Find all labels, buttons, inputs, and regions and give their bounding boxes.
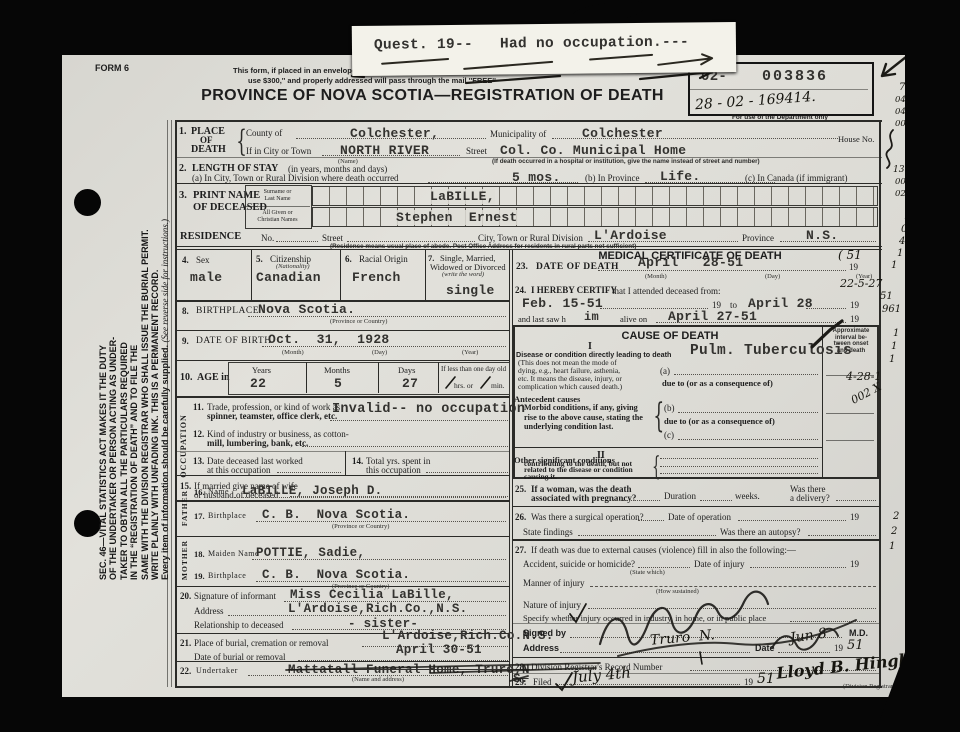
father-birth-value: C. B. Nova Scotia. bbox=[262, 508, 410, 522]
margin-note: 2 bbox=[893, 511, 899, 522]
sex-label: Sex bbox=[196, 255, 210, 265]
statute-line: SEC. 46—VITAL STATISTICS ACT MAKES IT TH… bbox=[98, 160, 108, 580]
surgery-autopsy: Was there an autopsy? bbox=[720, 527, 801, 537]
informant-address-value: L'Ardoise,Rich.Co.,N.S. bbox=[288, 602, 467, 616]
residence-sub: (Residence means usual place of abode. P… bbox=[330, 243, 636, 250]
dod-sub-day: (Day) bbox=[765, 273, 780, 280]
certify-from-value: Feb. 15-51 bbox=[522, 296, 603, 311]
age-years-label: Years bbox=[252, 365, 271, 375]
cause-c-label: (c) bbox=[664, 430, 674, 440]
cause-title: CAUSE OF DEATH bbox=[560, 330, 780, 342]
citizenship-no: 5. bbox=[256, 254, 263, 264]
statute-line: WRITE PLAINLY WITH UNFADING INK. THIS IS… bbox=[150, 160, 160, 580]
father-birth-no: 17. bbox=[194, 511, 205, 521]
scan-border-left bbox=[0, 0, 62, 732]
citizenship-sub: (Nationality) bbox=[276, 263, 310, 270]
cause-lead-note-4: complication which caused death.) bbox=[518, 383, 622, 391]
residence-no-label: No. bbox=[261, 233, 274, 243]
birthplace-sub: (Province or Country) bbox=[330, 318, 387, 325]
interval-head-1: Approximate bbox=[825, 328, 877, 335]
cause-b-label: (b) bbox=[664, 403, 675, 413]
age-months-value: 5 bbox=[334, 376, 342, 391]
sex-no: 4. bbox=[182, 255, 189, 265]
burial-date-value: April 30-51 bbox=[396, 643, 482, 657]
external-injury-date: Date of injury bbox=[694, 559, 744, 569]
birthplace-value: Nova Scotia. bbox=[258, 302, 355, 317]
undertaker-no: 22. bbox=[180, 666, 191, 676]
certify-no: 24. bbox=[515, 285, 526, 295]
father-name-value: LaBILLE, Joseph D. bbox=[242, 484, 382, 498]
registrar-sub: (Division Registrar) bbox=[843, 683, 895, 690]
residence-city-value: L'Ardoise bbox=[594, 228, 667, 243]
marital-value: single bbox=[446, 283, 495, 298]
father-name-no: 16. bbox=[194, 487, 205, 497]
mother-name-label: Maiden Name bbox=[208, 549, 259, 558]
punch-hole bbox=[74, 189, 101, 216]
form-number-label: FORM 6 bbox=[95, 63, 129, 73]
preg-was2: a delivery? bbox=[790, 493, 830, 503]
statute-line: SAME WITH THE DIVISION REGISTRAR WHO SHA… bbox=[140, 160, 150, 580]
margin-note: 51 bbox=[880, 291, 893, 302]
filed-no: 29. bbox=[515, 677, 526, 687]
antecedent-note-2: rise to the above cause, stating the bbox=[524, 413, 643, 423]
surname-letter-grid bbox=[312, 186, 878, 206]
residence-province-label: Province bbox=[742, 233, 774, 243]
certify-him: im bbox=[584, 310, 599, 324]
dod-value: April 28-51 bbox=[638, 255, 743, 270]
certify-19b: 19 bbox=[850, 300, 859, 310]
age-years-value: 22 bbox=[250, 376, 266, 391]
preg-l2: associated with pregnancy? bbox=[531, 493, 636, 503]
dod-19: 19 bbox=[849, 262, 858, 272]
informant-no: 20. bbox=[180, 591, 191, 601]
residence-street-label: Street bbox=[322, 233, 343, 243]
certify-saw-value: April 27-51 bbox=[668, 309, 757, 324]
city-value: NORTH RIVER bbox=[340, 143, 429, 158]
cause-due-1: due to (or as a consequence of) bbox=[662, 378, 773, 388]
dob-sub-year: (Year) bbox=[462, 349, 478, 356]
occ-13-label-2: at this occupation bbox=[207, 465, 270, 475]
residence-province-value: N.S. bbox=[806, 228, 838, 243]
name-no: 3. bbox=[179, 190, 187, 201]
dept-number: 003836 bbox=[762, 68, 828, 85]
surgery-l1: Was there a surgical operation? bbox=[531, 512, 644, 522]
surgery-19: 19 bbox=[850, 512, 859, 522]
margin-note: 1 bbox=[897, 248, 903, 259]
signed-date-label: Date bbox=[755, 643, 775, 653]
certify-19c: 19 bbox=[850, 314, 859, 324]
place-no: 1. bbox=[179, 126, 187, 137]
punch-hole bbox=[74, 510, 101, 537]
burial-no: 21. bbox=[180, 638, 191, 648]
pasted-note-slip-face: Quest. 19-- Had no occupation.--- bbox=[352, 22, 737, 76]
municipality-label: Municipality of bbox=[490, 129, 546, 139]
margin-note: 13 bbox=[893, 165, 904, 175]
every-item-note: Every item of information should be care… bbox=[160, 345, 170, 580]
informant-value: Miss Cecilia LaBille, bbox=[290, 588, 454, 602]
margin-note: 1 bbox=[891, 341, 897, 352]
age-less-label: If less than one day old bbox=[441, 365, 506, 373]
certify-rest: that I attended deceased from: bbox=[612, 286, 720, 296]
municipality-value: Colchester bbox=[582, 126, 663, 141]
margin-note: 1 bbox=[889, 354, 895, 365]
mother-name-no: 18. bbox=[194, 549, 205, 559]
dob-value: Oct. 31, 1928 bbox=[268, 332, 390, 347]
certify-label: I HEREBY CERTIFY bbox=[531, 285, 617, 295]
certify-to-value: April 28 bbox=[748, 296, 813, 311]
cause-due-2: due to (or as a consequence of) bbox=[664, 416, 775, 426]
informant-label: Signature of informant bbox=[194, 591, 276, 601]
age-label: AGE in bbox=[197, 372, 230, 383]
filed-label: Filed bbox=[533, 677, 552, 687]
age-days-label: Days bbox=[398, 365, 415, 375]
stay-b-label: (b) In Province bbox=[585, 173, 639, 183]
informant-relation-label: Relationship to deceased bbox=[194, 620, 283, 630]
occ-14-no: 14. bbox=[352, 456, 363, 466]
racial-no: 6. bbox=[345, 254, 352, 264]
scan-border-right bbox=[905, 0, 960, 732]
stay-a-value: 5 mos. bbox=[512, 170, 561, 185]
page-title: PROVINCE OF NOVA SCOTIA—REGISTRATION OF … bbox=[200, 87, 665, 105]
signed-address-label: Address bbox=[523, 643, 559, 653]
margin-note: 961 bbox=[882, 304, 901, 315]
signed-19: 19 bbox=[834, 643, 843, 653]
external-no: 27. bbox=[515, 545, 526, 555]
dob-sub-month: (Month) bbox=[282, 349, 304, 356]
margin-note: 1 bbox=[889, 541, 895, 552]
county-value: Colchester, bbox=[350, 126, 439, 141]
mother-birth-label: Birthplace bbox=[208, 571, 246, 580]
undertaker-value: Mattatall Funeral Home, Truro,N bbox=[288, 663, 530, 677]
scan-border-bottom bbox=[0, 697, 960, 732]
signed-year-hand: 51 bbox=[847, 638, 864, 653]
burial-label: Place of burial, cremation or removal bbox=[194, 638, 328, 648]
certify-saw-label: and last saw h bbox=[518, 314, 566, 324]
occupation-side-label: OCCUPATION bbox=[179, 398, 190, 494]
sidebar-statute-text: SEC. 46—VITAL STATISTICS ACT MAKES IT TH… bbox=[98, 160, 174, 580]
preg-no: 25. bbox=[515, 484, 526, 494]
other-note-3: causing it. bbox=[524, 474, 633, 480]
citizenship-value: Canadian bbox=[256, 270, 321, 285]
street-sub: (If death occurred in a hospital or inst… bbox=[492, 158, 760, 165]
city-label: If in City or Town bbox=[246, 146, 311, 156]
see-reverse-note: (See reverse side for instructions.) bbox=[160, 219, 170, 342]
occ-11-label-2: spinner, teamster, office clerk, etc. bbox=[207, 411, 337, 421]
dod-hand-year: ( 51 bbox=[838, 248, 862, 262]
house-no-label: House No. bbox=[838, 134, 874, 144]
age-days-value: 27 bbox=[402, 376, 418, 391]
external-accident: Accident, suicide or homicide? bbox=[523, 559, 635, 569]
filed-year-hand: 51 bbox=[757, 671, 775, 687]
mother-birth-value: C. B. Nova Scotia. bbox=[262, 568, 410, 582]
antecedent-note-1: Morbid conditions, if any, giving bbox=[524, 403, 643, 413]
birthplace-label: BIRTHPLACE bbox=[196, 306, 259, 316]
dob-sub-day: (Day) bbox=[372, 349, 387, 356]
age-no: 10. bbox=[180, 372, 193, 383]
statute-line: TAKER TO OBTAIN ALL THE PARTICULARS REQU… bbox=[119, 160, 129, 580]
surname-label-2: Last Name bbox=[247, 196, 308, 203]
external-l1: If death was due to external causes (vio… bbox=[531, 545, 796, 555]
external-nature: Nature of injury bbox=[523, 600, 581, 610]
place-title-3: DEATH bbox=[191, 144, 226, 155]
cause-a-value: Pulm. Tuberculosis bbox=[690, 343, 852, 359]
dod-no: 23. bbox=[516, 262, 528, 272]
signed-md: M.D. bbox=[849, 628, 868, 638]
statute-line: IN THE “REGISTRATION OF DEATH” AND TO FI… bbox=[129, 160, 139, 580]
surname-value: LaBILLE, bbox=[430, 189, 495, 204]
signed-by-label: Signed by bbox=[523, 628, 566, 638]
occ-13-no: 13. bbox=[193, 456, 204, 466]
age-hrs-label: hrs. or bbox=[454, 381, 473, 390]
father-birth-label: Birthplace bbox=[208, 511, 246, 520]
stay-a-label: (a) In City, Town or Rural Division wher… bbox=[192, 173, 399, 183]
external-specify: Specify whether injury occurred in indus… bbox=[523, 613, 766, 623]
surgery-findings: State findings bbox=[523, 527, 573, 537]
informant-address-label: Address bbox=[194, 606, 224, 616]
surgery-date-label: Date of operation bbox=[668, 512, 731, 522]
dod-sub-month: (Month) bbox=[645, 273, 667, 280]
occ-11-no: 11. bbox=[193, 402, 204, 412]
undertaker-label: Undertaker bbox=[196, 666, 238, 675]
cause-a-label: (a) bbox=[660, 366, 670, 376]
external-how: (How sustained) bbox=[656, 588, 699, 595]
father-side-label: FATHER bbox=[180, 484, 190, 532]
given-label-1: All Given or bbox=[247, 210, 308, 217]
given-name-value: Stephen Ernest bbox=[396, 210, 518, 225]
stay-no: 2. bbox=[179, 163, 187, 174]
dob-no: 9. bbox=[182, 336, 189, 346]
surgery-no: 26. bbox=[515, 512, 526, 522]
occ-14-label-2: this occupation bbox=[366, 465, 421, 475]
age-months-label: Months bbox=[324, 365, 350, 375]
marital-sub: (write the word) bbox=[442, 271, 484, 278]
preg-duration: Duration bbox=[664, 491, 696, 501]
racial-value: French bbox=[352, 270, 401, 285]
given-label-2: Christian Names bbox=[247, 217, 308, 224]
occ-12-label-2: mill, lumbering, bank, etc. bbox=[207, 438, 308, 448]
mail-line-1: This form, if placed in an envelope bbox=[233, 66, 356, 75]
statute-line: OF THE UNDERTAKER OR PERSON ACTING AS UN… bbox=[108, 160, 118, 580]
margin-note-22-5-27: 22-5-27 bbox=[840, 277, 882, 290]
county-label: County of bbox=[246, 128, 282, 138]
record-no: 28. bbox=[515, 662, 526, 672]
mother-name-value: POTTIE, Sadie, bbox=[256, 546, 365, 560]
preg-weeks: weeks. bbox=[735, 491, 760, 501]
mother-side-label: MOTHER bbox=[180, 536, 190, 584]
death-certificate-scan: Quest. 19-- Had no occupation.--- FORM 6… bbox=[0, 0, 960, 732]
stay-c-label: (c) In Canada (if immigrant) bbox=[745, 173, 847, 183]
street-label: Street bbox=[466, 146, 487, 156]
birthplace-no: 8. bbox=[182, 306, 189, 316]
occ-11-value: Invalid-- no occupation bbox=[332, 402, 525, 417]
mail-line-2: use $300,'' and properly addressed will … bbox=[248, 76, 496, 85]
age-min-label: min. bbox=[491, 381, 505, 390]
undertaker-sub: (Name and address) bbox=[352, 676, 404, 683]
dob-label: DATE OF BIRTH bbox=[196, 336, 272, 346]
stay-b-value: Life. bbox=[660, 169, 701, 184]
father-name-label: Name bbox=[208, 487, 229, 496]
father-birth-sub: (Province or Country) bbox=[332, 523, 389, 530]
street-value: Col. Co. Municipal Home bbox=[500, 143, 686, 158]
margin-note: 1 bbox=[893, 328, 899, 339]
external-state-which: (State which) bbox=[630, 569, 665, 576]
racial-label: Racial Origin bbox=[359, 254, 408, 264]
surname-label-1: Surname or bbox=[247, 189, 308, 196]
filed-19: 19 bbox=[744, 677, 753, 687]
residence-city-label: City, Town or Rural Division bbox=[478, 233, 583, 243]
sex-value: male bbox=[190, 270, 222, 285]
margin-note: 2 bbox=[891, 526, 897, 537]
slip-pen-marks bbox=[352, 22, 737, 76]
antecedent-note-3: underlying condition last. bbox=[524, 422, 643, 432]
mother-birth-no: 19. bbox=[194, 571, 205, 581]
residence-title: RESIDENCE bbox=[180, 231, 241, 242]
margin-note: 1 bbox=[891, 260, 897, 271]
occ-12-no: 12. bbox=[193, 429, 204, 439]
external-19: 19 bbox=[850, 559, 859, 569]
external-manner: Manner of injury bbox=[523, 578, 584, 588]
certify-alive-label: alive on bbox=[620, 314, 647, 324]
